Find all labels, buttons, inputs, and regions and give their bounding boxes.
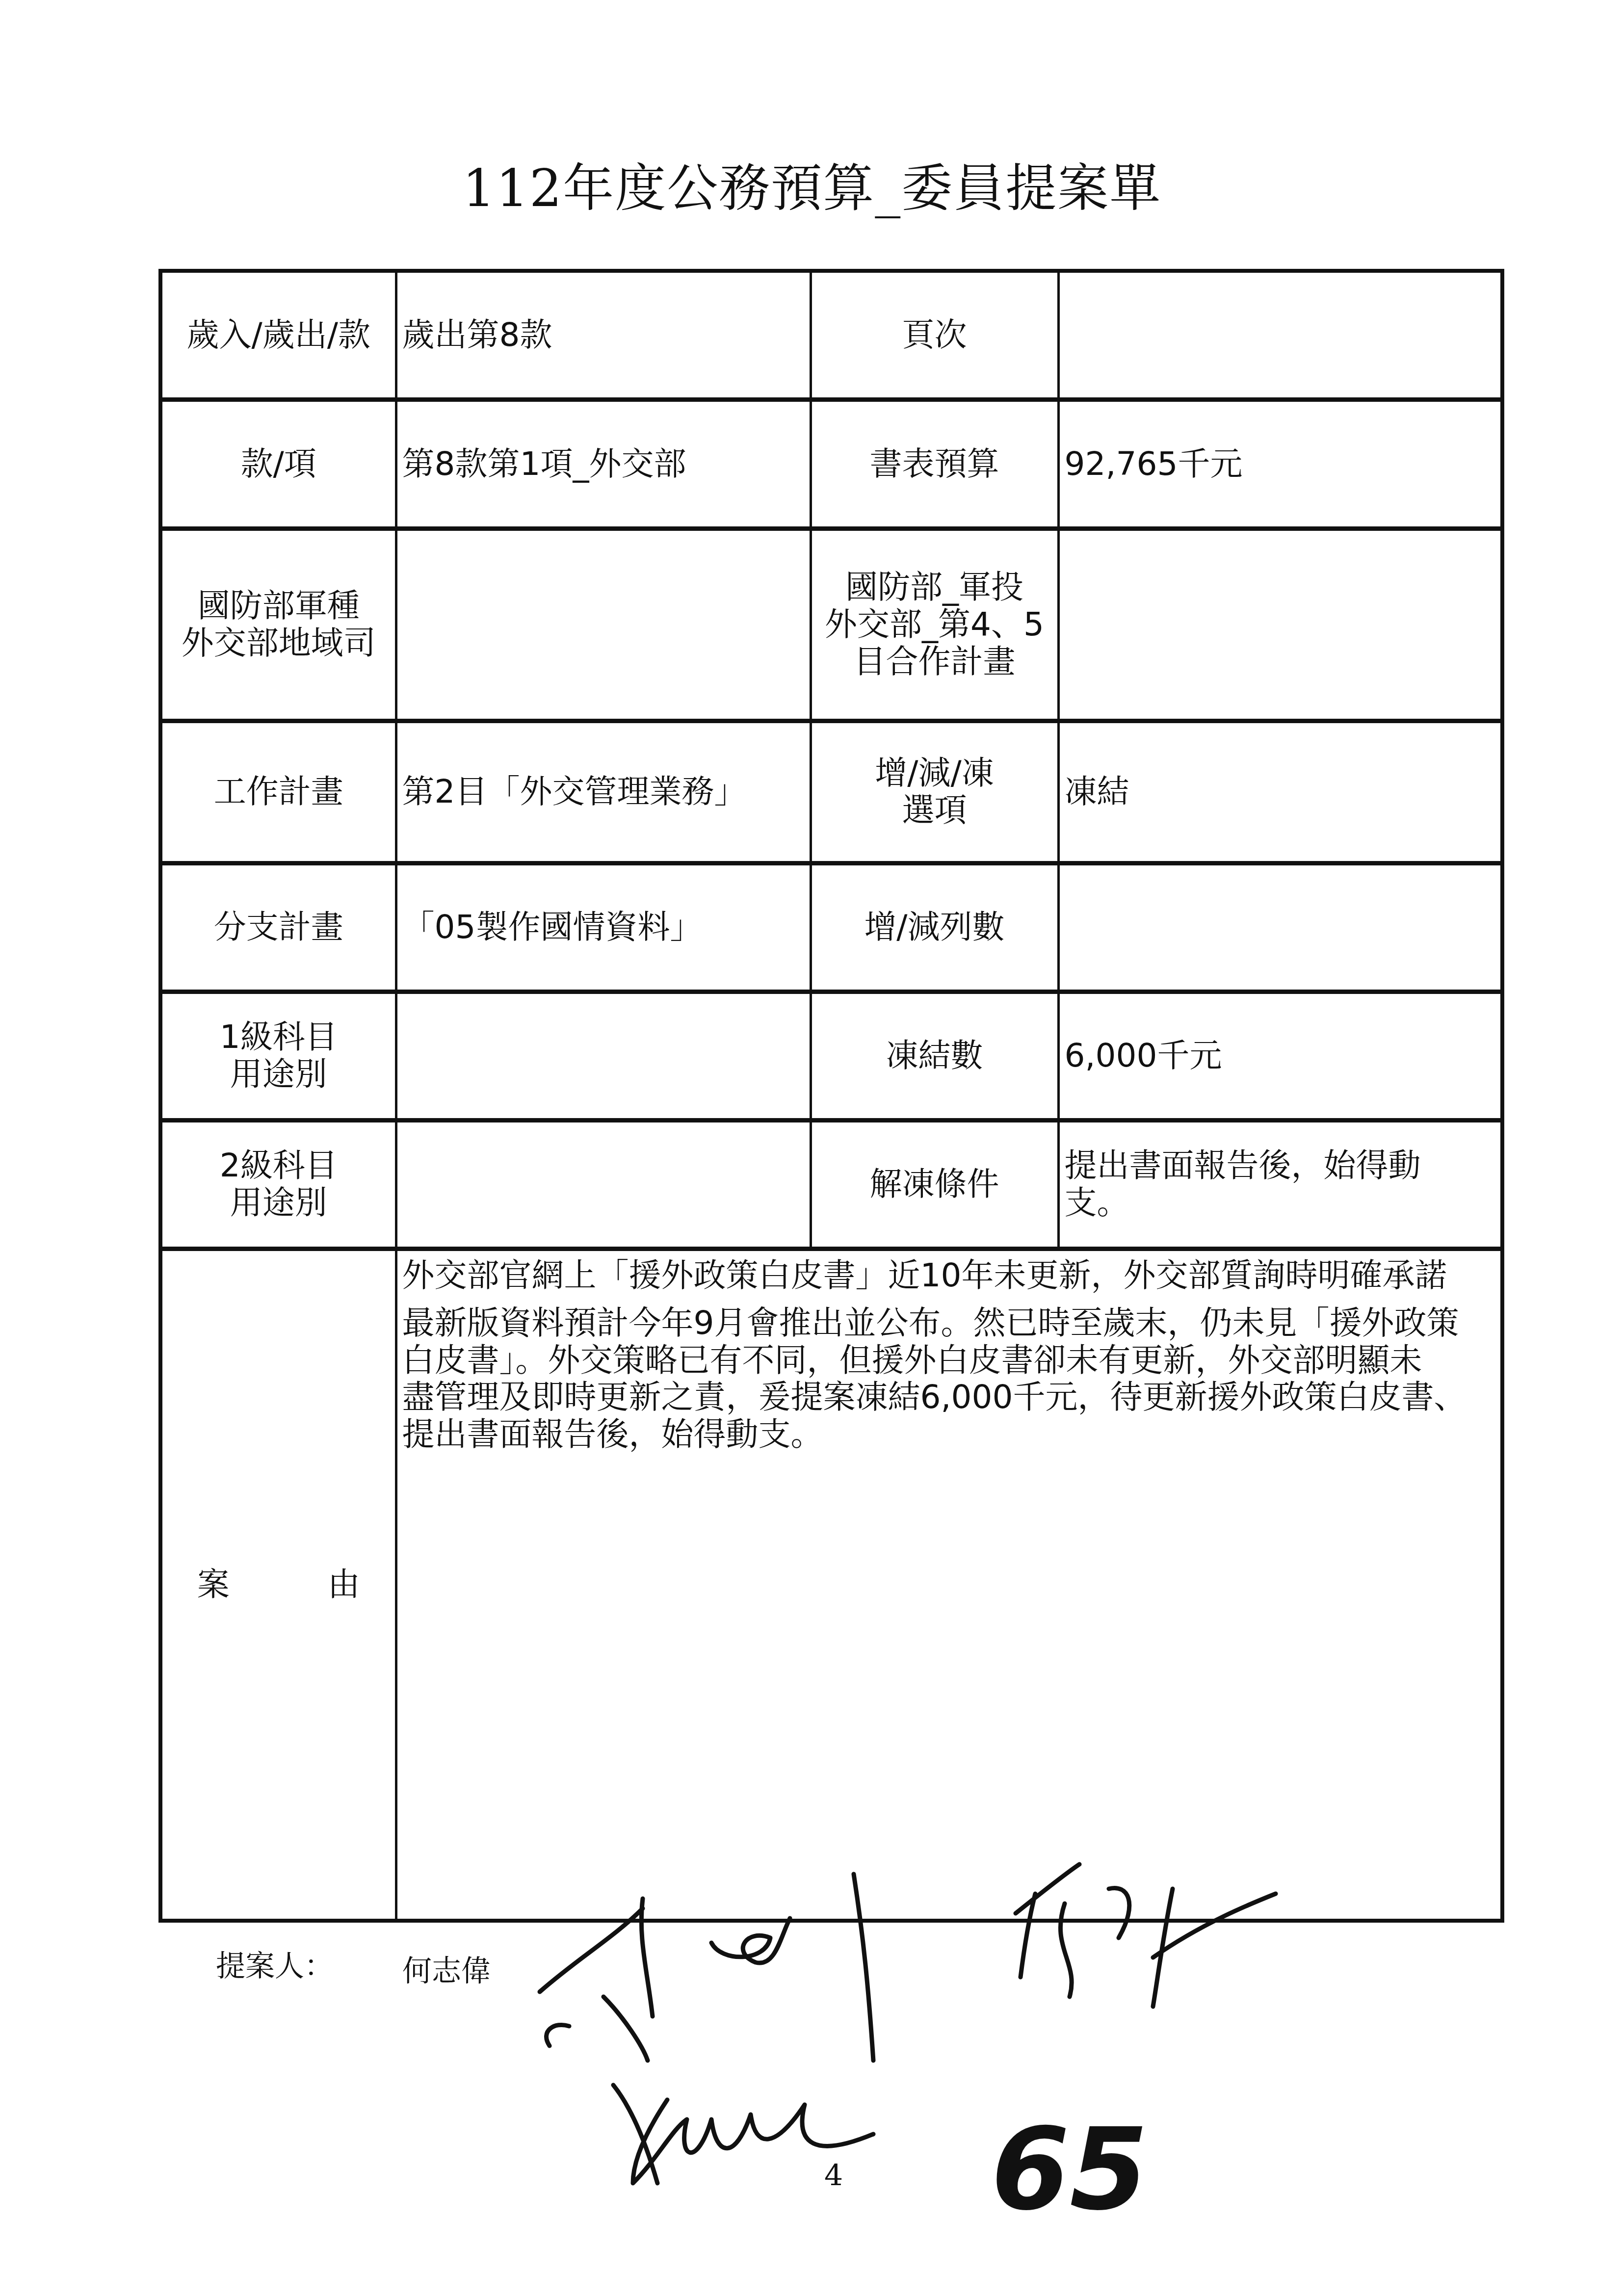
form-row-department: 國防部軍種 外交部地域司 國防部_軍投 外交部_第4、5 目合作計畫: [160, 528, 1502, 721]
label-sub-plan: 分支計畫: [160, 863, 396, 991]
label-reason: 案由: [160, 1249, 396, 1921]
label-level2-line2: 用途別: [167, 1184, 390, 1222]
value-level2-subject: [396, 1120, 811, 1249]
value-cooperation-plan: [1058, 528, 1502, 721]
label-department: 國防部軍種 外交部地域司: [160, 528, 396, 721]
label-level2-line1: 2級科目: [167, 1147, 390, 1184]
form-row-level1: 1級科目 用途別 凍結數 6,000千元: [160, 991, 1502, 1120]
label-book-budget: 書表預算: [811, 399, 1058, 528]
label-department-line2: 外交部地域司: [167, 625, 390, 662]
value-budget-type: 歲出第8款: [396, 271, 811, 399]
label-action-option: 增/減/凍 選項: [811, 721, 1058, 863]
form-row-item: 款/項 第8款第1項_外交部 書表預算 92,765千元: [160, 399, 1502, 528]
label-unfreeze-condition: 解凍條件: [811, 1120, 1058, 1249]
label-coop-line2: 外交部_第4、5: [817, 606, 1052, 643]
reason-line-5: 提出書面報告後，始得動支。: [402, 1416, 1496, 1453]
form-row-level2: 2級科目 用途別 解凍條件 提出書面報告後，始得動 支。: [160, 1120, 1502, 1249]
page-number: 4: [824, 2159, 843, 2193]
unfreeze-line2: 支。: [1065, 1184, 1496, 1222]
value-adjust-amount: [1058, 863, 1502, 991]
value-frozen-amount: 6,000千元: [1058, 991, 1502, 1120]
value-item: 第8款第1項_外交部: [396, 399, 811, 528]
value-page: [1058, 271, 1502, 399]
label-page: 頁次: [811, 271, 1058, 399]
reason-line-1: 外交部官網上「援外政策白皮書」近10年未更新，外交部質詢時明確承諾: [402, 1256, 1496, 1295]
label-level2-subject: 2級科目 用途別: [160, 1120, 396, 1249]
label-department-line1: 國防部軍種: [167, 587, 390, 625]
document-title: 112年度公務預算_委員提案單: [0, 147, 1624, 221]
label-item: 款/項: [160, 399, 396, 528]
label-level1-line2: 用途別: [167, 1056, 390, 1093]
label-action-line1: 增/減/凍: [817, 755, 1052, 792]
value-unfreeze-condition: 提出書面報告後，始得動 支。: [1058, 1120, 1502, 1249]
reason-text: 外交部官網上「援外政策白皮書」近10年未更新，外交部質詢時明確承諾 最新版資料預…: [396, 1249, 1502, 1921]
reason-line-2: 最新版資料預計今年9月會推出並公布。然已時至歲末，仍未見「援外政策: [402, 1305, 1496, 1342]
value-book-budget: 92,765千元: [1058, 399, 1502, 528]
label-budget-type: 歲入/歲出/款: [160, 271, 396, 399]
label-action-line2: 選項: [817, 792, 1052, 829]
proposer-name: 何志偉: [402, 1948, 491, 1990]
reason-label-a: 案: [197, 1565, 230, 1603]
form-row-budget-type: 歲入/歲出/款 歲出第8款 頁次: [160, 271, 1502, 399]
value-level1-subject: [396, 991, 811, 1120]
label-adjust-amount: 增/減列數: [811, 863, 1058, 991]
value-department: [396, 528, 811, 721]
proposal-form-table: 歲入/歲出/款 歲出第8款 頁次 款/項 第8款第1項_外交部 書表預算 92,…: [158, 269, 1504, 1923]
unfreeze-line1: 提出書面報告後，始得動: [1065, 1147, 1496, 1184]
form-row-reason: 案由 外交部官網上「援外政策白皮書」近10年未更新，外交部質詢時明確承諾 最新版…: [160, 1249, 1502, 1921]
label-level1-line1: 1級科目: [167, 1018, 390, 1056]
label-cooperation-plan: 國防部_軍投 外交部_第4、5 目合作計畫: [811, 528, 1058, 721]
form-row-work-plan: 工作計畫 第2目「外交管理業務」 增/減/凍 選項 凍結: [160, 721, 1502, 863]
label-frozen-amount: 凍結數: [811, 991, 1058, 1120]
label-coop-line3: 目合作計畫: [817, 643, 1052, 680]
reason-line-4: 盡管理及即時更新之責，爰提案凍結6,000千元，待更新援外政策白皮書、: [402, 1379, 1496, 1416]
reason-label-b: 由: [328, 1565, 360, 1603]
reason-line-3: 白皮書」。外交策略已有不同，但援外白皮書卻未有更新，外交部明顯未: [402, 1342, 1496, 1379]
handwritten-number: 65: [991, 2105, 1148, 2236]
form-row-sub-plan: 分支計畫 「05製作國情資料」 增/減列數: [160, 863, 1502, 991]
label-coop-line1: 國防部_軍投: [817, 569, 1052, 606]
value-action-option: 凍結: [1058, 721, 1502, 863]
label-work-plan: 工作計畫: [160, 721, 396, 863]
label-level1-subject: 1級科目 用途別: [160, 991, 396, 1120]
proposer-label: 提案人：: [216, 1943, 334, 1985]
value-sub-plan: 「05製作國情資料」: [396, 863, 811, 991]
value-work-plan: 第2目「外交管理業務」: [396, 721, 811, 863]
